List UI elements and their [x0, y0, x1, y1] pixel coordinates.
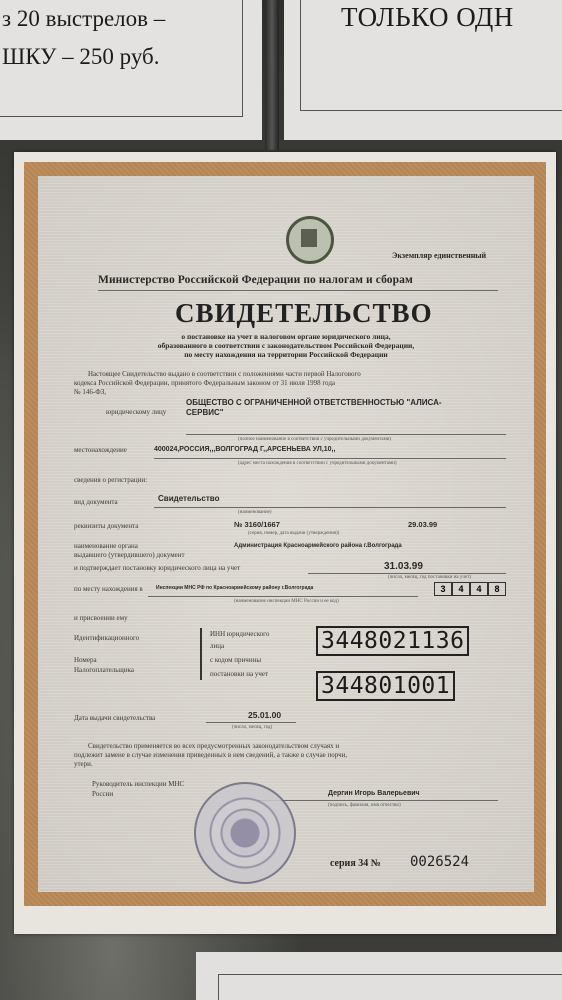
head-label: Руководитель инспекции МНС: [92, 780, 184, 788]
legal-entity-label: юридическому лицу: [106, 408, 166, 416]
subtitle-line: образованного в соответствии с законодат…: [38, 341, 534, 350]
certificate-title: СВИДЕТЕЛЬСТВО: [175, 298, 433, 329]
subtitle-line: о постановке на учет в налоговом органе …: [38, 332, 534, 341]
legal-entity-name-cont: СЕРВИС": [186, 408, 224, 417]
underline: [206, 722, 296, 723]
code-digit: 4: [470, 582, 488, 596]
head-name: Дергин Игорь Валерьевич: [328, 790, 420, 797]
inn-label: ИНН юридического: [210, 630, 269, 638]
underline: [148, 596, 418, 597]
notice-bottom: [196, 952, 562, 1000]
inn-label-cont: лица: [210, 642, 224, 650]
confirm-date: 31.03.99: [384, 561, 423, 572]
series-label: серия 34 №: [330, 858, 381, 869]
doc-type-label: вид документа: [74, 498, 118, 506]
location-caption: (адрес места нахождения в соответствии с…: [238, 461, 397, 466]
doc-type-caption: (наименование): [238, 510, 272, 515]
confirm-label: и подтверждает постановку юридического л…: [74, 564, 240, 572]
doc-date: 29.03.99: [408, 520, 437, 529]
official-stamp-icon: [194, 782, 296, 884]
intro-line: кодекса Российской Федерации, принятого …: [74, 379, 335, 387]
validity-line: Свидетельство применяется во всех предус…: [88, 742, 339, 750]
registration-label: сведения о регистрации:: [74, 476, 147, 484]
notice-left-line1: з 20 выстрелов –: [2, 6, 165, 32]
notice-right-line1: ТОЛЬКО ОДН: [341, 2, 514, 33]
underline: [186, 434, 506, 435]
series-number: 0026524: [410, 854, 469, 870]
head-caption: (подпись, фамилия, имя отчество): [328, 803, 401, 808]
inspection-value: Инспекции МНС РФ по Красноармейскому рай…: [156, 585, 313, 591]
subtitle-line: по месту нахождения на территории Россий…: [38, 350, 534, 359]
issue-date-caption: (число, месяц, год): [232, 725, 272, 730]
code-digit: 3: [434, 582, 452, 596]
copy-mark: Экземпляр единственный: [392, 251, 486, 260]
inspection-label: по месту нахождения в: [74, 585, 143, 593]
issue-date-value: 25.01.00: [248, 710, 281, 720]
issuer-label-cont: выдавшего (утвердившего) документ: [74, 551, 185, 559]
inn-value: 3448021136: [316, 626, 469, 656]
assign-label: и присвоении ему: [74, 614, 128, 622]
legal-entity-name: ОБЩЕСТВО С ОГРАНИЧЕННОЙ ОТВЕТСТВЕННОСТЬЮ…: [186, 398, 442, 407]
divider: [98, 290, 498, 291]
tax-ministry-emblem-icon: [286, 216, 334, 264]
intro-line: Настоящее Свидетельство выдано в соответ…: [88, 370, 361, 378]
kpp-label: с кодом причины: [210, 656, 261, 664]
notice-frame: [218, 974, 562, 1000]
signature-line: [258, 800, 498, 801]
notice-right: ТОЛЬКО ОДН: [284, 0, 562, 140]
inspection-caption: (наименование инспекции МНС России и ее …: [234, 599, 339, 604]
certificate: Экземпляр единственный Министерство Росс…: [14, 152, 556, 934]
issue-date-label: Дата выдачи свидетельства: [74, 714, 155, 722]
legal-entity-caption: (полное наименование в соответствии с уч…: [238, 437, 391, 442]
doc-number: № 3160/1667: [234, 520, 280, 529]
doc-details-caption: (серия, номер, дата выдачи (утверждения)…: [248, 531, 339, 536]
code-digit: 8: [488, 582, 506, 596]
location-label: местонахождение: [74, 446, 127, 454]
issuer-value: Администрация Красноармейского района г.…: [234, 543, 402, 549]
id-label-cont: Номера: [74, 656, 97, 664]
kpp-label-cont: постановки на учет: [210, 670, 268, 678]
code-digit: 4: [452, 582, 470, 596]
notice-left-line2: ШКУ – 250 руб.: [2, 44, 159, 70]
display-pole: [265, 0, 279, 150]
issuer-label: наименование органа: [74, 542, 138, 550]
underline: [308, 573, 506, 574]
ministry-name: Министерство Российской Федерации по нал…: [98, 274, 413, 286]
doc-details-label: реквизиты документа: [74, 522, 138, 530]
id-label-cont: Налогоплательщика: [74, 666, 134, 674]
location-value: 400024,РОССИЯ,,,ВОЛГОГРАД Г,,АРСЕНЬЕВА У…: [154, 446, 335, 453]
bracket: [200, 628, 202, 680]
underline: [154, 458, 506, 459]
inspection-code: 3 4 4 8: [434, 582, 506, 596]
underline: [154, 507, 506, 508]
head-label-cont: России: [92, 790, 113, 798]
intro-line: № 146-ФЗ,: [74, 388, 106, 396]
certificate-body: Экземпляр единственный Министерство Росс…: [38, 176, 534, 892]
kpp-value: 344801001: [316, 671, 455, 701]
validity-line: утери.: [74, 760, 93, 768]
notice-left: з 20 выстрелов – ШКУ – 250 руб.: [0, 0, 262, 140]
id-label: Идентификационного: [74, 634, 139, 642]
doc-type-value: Свидетельство: [158, 494, 219, 503]
confirm-caption: (число, месяц, год постановки на учет): [388, 575, 471, 580]
validity-line: подлежит замене в случае изменения приве…: [74, 751, 347, 759]
